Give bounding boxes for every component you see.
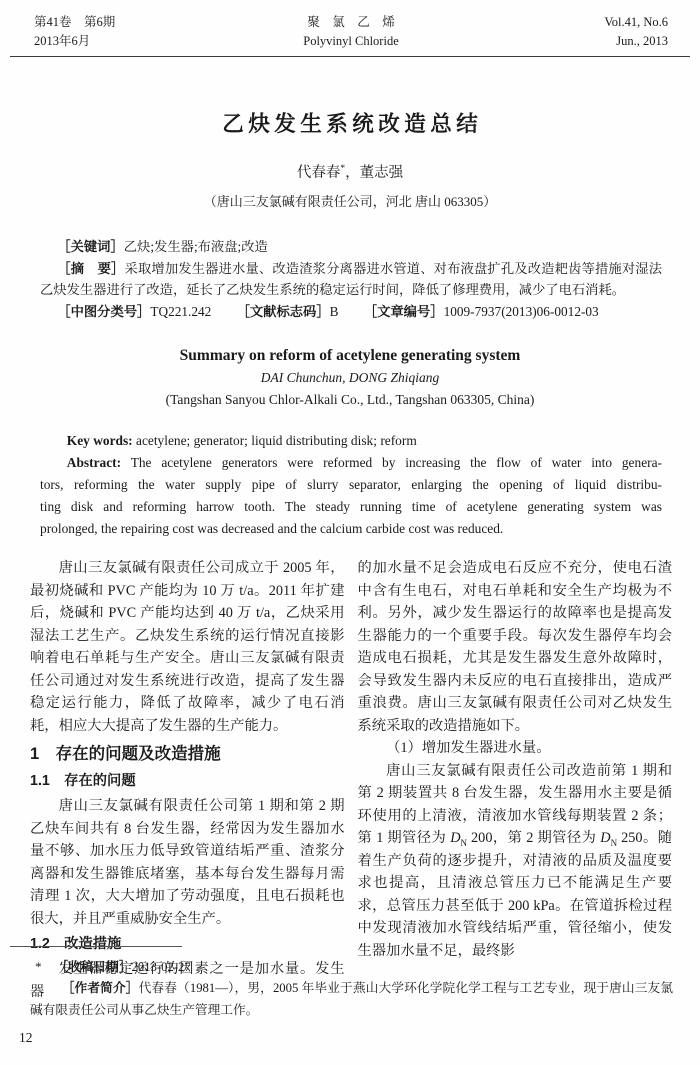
dn-symbol-2: D (600, 830, 610, 846)
article-title-cn: 乙炔发生系统改造总结 (0, 107, 700, 138)
chinese-meta-block: ［关键词］乙炔;发生器;布液盘;改造 ［摘 要］采取增加发生器进水量、改造渣浆分… (40, 236, 662, 322)
page-number: 12 (19, 1030, 33, 1046)
journal-header: 第41卷 第6期 2013年6月 聚 氯 乙 烯 Polyvinyl Chlor… (0, 0, 700, 51)
keywords-cn: 乙炔;发生器;布液盘;改造 (124, 239, 268, 254)
received-date-row: *［收稿日期］2013-02-27 (30, 957, 673, 978)
keywords-row-cn: ［关键词］乙炔;发生器;布液盘;改造 (40, 236, 662, 258)
author-bio-row: ［作者简介］代春春（1981—），男，2005 年毕业于燕山大学环化学院化学工程… (30, 978, 673, 1021)
keywords-label-en: Key words: (67, 433, 133, 448)
date-cn: 2013年6月 (34, 32, 204, 51)
abstract-label-cn: ［摘 要］ (57, 261, 124, 276)
header-volume-issue-en: Vol.41, No.6 Jun., 2013 (498, 13, 668, 51)
journal-name-en: Polyvinyl Chloride (204, 32, 498, 51)
abstract-en-line-4: prolonged, the repairing cost was decrea… (40, 518, 662, 540)
classification-row: ［中图分类号］TQ221.242［文献标志码］B［文章编号］1009-7937(… (40, 301, 662, 323)
header-divider (10, 56, 690, 57)
measure-1-text-b: 200，第 2 期管径为 (467, 830, 600, 846)
affiliation-en: (Tangshan Sanyou Chlor-Alkali Co., Ltd.,… (0, 392, 700, 408)
abstract-cn: 采取增加发生器进水量、改造渣浆分离器进水管道、对布液盘扩孔及改造耙齿等措施对湿法… (40, 261, 662, 298)
intro-paragraph: 唐山三友氯碱有限责任公司成立于 2005 年，最初烧碱和 PVC 产能均为 10… (30, 557, 345, 737)
author-bio-label: ［作者简介］ (62, 981, 139, 995)
article-no-value: 1009-7937(2013)06-0012-03 (444, 304, 599, 319)
abstract-row-cn: ［摘 要］采取增加发生器进水量、改造渣浆分离器进水管道、对布液盘扩孔及改造耙齿等… (40, 258, 662, 301)
journal-page: 第41卷 第6期 2013年6月 聚 氯 乙 烯 Polyvinyl Chlor… (0, 0, 700, 1065)
author-line-en: DAI Chunchun, DONG Zhiqiang (0, 370, 700, 386)
continuation-paragraph: 的加水量不足会造成电石反应不充分，使电石渣中含有生电石，对电石单耗和安全生产均极… (358, 557, 673, 737)
abstract-en-line-1: Abstract: The acetylene generators were … (40, 452, 662, 474)
clc-label: ［中图分类号］ (57, 304, 150, 319)
affiliation-cn: （唐山三友氯碱有限责任公司，河北 唐山 063305） (0, 191, 700, 210)
received-date-value: 2013-02-27 (132, 960, 191, 974)
abstract-en: Abstract: The acetylene generators were … (40, 452, 662, 540)
section-heading-1-2: 1.2 改造措施 (30, 933, 345, 955)
doc-code-label: ［文献标志码］ (237, 304, 330, 319)
clc-value: TQ221.242 (150, 304, 211, 319)
abstract-en-text-1: The acetylene generators were reformed b… (131, 455, 662, 470)
date-en: Jun., 2013 (498, 32, 668, 51)
journal-name: 聚 氯 乙 烯 Polyvinyl Chloride (204, 13, 498, 51)
right-column: 的加水量不足会造成电石反应不充分，使电石渣中含有生电石，对电石单耗和安全生产均极… (358, 557, 673, 1003)
keywords-label-cn: ［关键词］ (57, 239, 123, 254)
section-heading-1-1: 1.1 存在的问题 (30, 770, 345, 792)
measure-1-text-c: 250。随着生产负荷的逐步提升，对清液的品质及温度要求也提高，且清液总管压力已不… (358, 830, 673, 959)
english-meta-block: Key words: acetylene; generator; liquid … (40, 430, 662, 540)
footnote-block: *［收稿日期］2013-02-27 ［作者简介］代春春（1981—），男，200… (30, 957, 673, 1021)
measure-1-heading: （1）增加发生器进水量。 (358, 737, 673, 760)
keywords-en: acetylene; generator; liquid distributin… (136, 433, 417, 448)
dn-symbol-1: D (450, 830, 460, 846)
article-no-label: ［文章编号］ (364, 304, 444, 319)
measure-1-paragraph: 唐山三友氯碱有限责任公司改造前第 1 期和第 2 期装置共 8 台发生器，发生器… (358, 760, 673, 963)
abstract-label-en: Abstract: (67, 455, 121, 470)
section-heading-1: 1 存在的问题及改造措施 (30, 742, 345, 766)
left-column: 唐山三友氯碱有限责任公司成立于 2005 年，最初烧碱和 PVC 产能均为 10… (30, 557, 345, 1003)
keywords-row-en: Key words: acetylene; generator; liquid … (40, 430, 662, 452)
volume-issue-en: Vol.41, No.6 (498, 13, 668, 32)
abstract-en-line-2: tors, reforming the water supply pipe of… (40, 474, 662, 496)
abstract-en-line-3: ting disk and reforming harrow tooth. Th… (40, 496, 662, 518)
doc-code-value: B (330, 304, 339, 319)
article-body: 唐山三友氯碱有限责任公司成立于 2005 年，最初烧碱和 PVC 产能均为 10… (30, 557, 672, 1003)
problems-paragraph: 唐山三友氯碱有限责任公司第 1 期和第 2 期乙炔车间共有 8 台发生器，经常因… (30, 795, 345, 930)
footnote-star: * (35, 960, 41, 974)
journal-name-cn: 聚 氯 乙 烯 (204, 13, 498, 32)
author-line-cn: 代春春*，董志强 (0, 161, 700, 182)
volume-issue-cn: 第41卷 第6期 (34, 13, 204, 32)
article-title-en: Summary on reform of acetylene generatin… (0, 347, 700, 365)
author-1: 代春春 (297, 165, 341, 181)
footnote-divider (10, 946, 182, 947)
received-date-label: ［收稿日期］ (55, 960, 131, 974)
author-2: ，董志强 (345, 165, 403, 181)
header-volume-issue-cn: 第41卷 第6期 2013年6月 (34, 13, 204, 51)
